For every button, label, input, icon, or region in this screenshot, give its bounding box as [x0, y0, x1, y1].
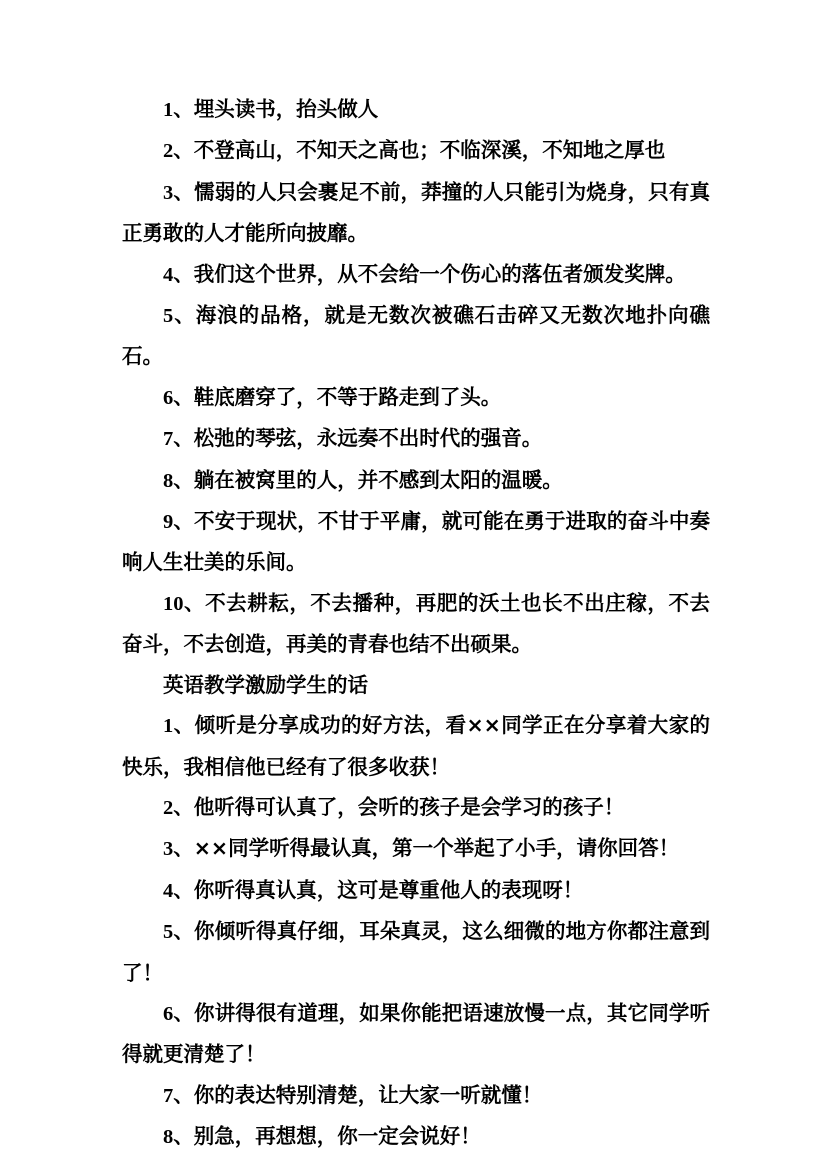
encourage-item-5: 5、你倾听得真仔细，耳朵真灵，这么细微的地方你都注意到了！ [122, 911, 710, 993]
item-text: 你的表达特别清楚，让大家一听就懂！ [194, 1083, 543, 1107]
section-heading: 英语教学激励学生的话 [122, 665, 710, 705]
quote-item-3: 3、懦弱的人只会裹足不前，莽撞的人只能引为烧身，只有真正勇敢的人才能所向披靡。 [122, 172, 710, 254]
item-text: 他听得可认真了，会听的孩子是会学习的孩子！ [194, 795, 625, 819]
item-text: 倾听是分享成功的好方法，看××同学正在分享着大家的快乐，我相信他已经有了很多收获… [122, 713, 710, 778]
encourage-item-8: 8、别急，再想想，你一定会说好！ [122, 1116, 710, 1157]
item-text: 不安于现状，不甘于平庸，就可能在勇于进取的奋斗中奏响人生壮美的乐间。 [122, 509, 710, 574]
encourage-item-3: 3、××同学听得最认真，第一个举起了小手，请你回答！ [122, 828, 710, 869]
item-text: ××同学听得最认真，第一个举起了小手，请你回答！ [194, 836, 679, 860]
item-number: 2、 [163, 140, 194, 162]
quote-item-7: 7、松弛的琴弦，永远奏不出时代的强音。 [122, 418, 710, 459]
encourage-item-6: 6、你讲得很有道理，如果你能把语速放慢一点，其它同学听得就更清楚了！ [122, 993, 710, 1075]
quote-item-10: 10、不去耕耘，不去播种，再肥的沃土也长不出庄稼，不去奋斗，不去创造，再美的青春… [122, 583, 710, 665]
quote-item-8: 8、躺在被窝里的人，并不感到太阳的温暖。 [122, 460, 710, 501]
item-number: 6、 [163, 387, 194, 409]
document-body: 1、埋头读书，抬头做人 2、不登高山，不知天之高也；不临深溪，不知地之厚也 3、… [122, 89, 710, 1158]
item-number: 5、 [163, 921, 194, 943]
item-text: 松弛的琴弦，永远奏不出时代的强音。 [194, 426, 543, 450]
item-text: 你讲得很有道理，如果你能把语速放慢一点，其它同学听得就更清楚了！ [122, 1001, 710, 1066]
item-number: 10、 [163, 593, 205, 615]
encourage-item-4: 4、你听得真认真，这可是尊重他人的表现呀！ [122, 870, 710, 911]
item-text: 你听得真认真，这可是尊重他人的表现呀！ [194, 878, 584, 902]
item-text: 别急，再想想，你一定会说好！ [194, 1124, 481, 1148]
item-number: 3、 [163, 838, 194, 860]
item-number: 4、 [163, 880, 194, 902]
item-text: 你倾听得真仔细，耳朵真灵，这么细微的地方你都注意到了！ [122, 919, 710, 984]
item-number: 8、 [163, 1126, 194, 1148]
item-text: 躺在被窝里的人，并不感到太阳的温暖。 [194, 468, 563, 492]
item-number: 2、 [163, 797, 194, 819]
item-text: 埋头读书，抬头做人 [194, 97, 379, 121]
item-number: 5、 [163, 305, 196, 327]
quote-item-5: 5、海浪的品格，就是无数次被礁石击碎又无数次地扑向礁石。 [122, 295, 710, 377]
quote-item-6: 6、鞋底磨穿了，不等于路走到了头。 [122, 377, 710, 418]
item-number: 7、 [163, 1085, 194, 1107]
encourage-item-2: 2、他听得可认真了，会听的孩子是会学习的孩子！ [122, 787, 710, 828]
item-number: 8、 [163, 470, 194, 492]
item-text: 海浪的品格，就是无数次被礁石击碎又无数次地扑向礁石。 [122, 303, 710, 368]
item-text: 我们这个世界，从不会给一个伤心的落伍者颁发奖牌。 [194, 262, 686, 286]
item-number: 1、 [163, 715, 195, 737]
encourage-item-1: 1、倾听是分享成功的好方法，看××同学正在分享着大家的快乐，我相信他已经有了很多… [122, 705, 710, 787]
item-number: 6、 [163, 1003, 194, 1025]
item-number: 3、 [163, 182, 194, 204]
item-number: 7、 [163, 428, 194, 450]
quote-item-4: 4、我们这个世界，从不会给一个伤心的落伍者颁发奖牌。 [122, 254, 710, 295]
document-page: 1、埋头读书，抬头做人 2、不登高山，不知天之高也；不临深溪，不知地之厚也 3、… [0, 0, 827, 1169]
item-text: 懦弱的人只会裹足不前，莽撞的人只能引为烧身，只有真正勇敢的人才能所向披靡。 [122, 180, 710, 245]
item-number: 4、 [163, 264, 194, 286]
quote-item-9: 9、不安于现状，不甘于平庸，就可能在勇于进取的奋斗中奏响人生壮美的乐间。 [122, 501, 710, 583]
item-text: 鞋底磨穿了，不等于路走到了头。 [194, 385, 502, 409]
encourage-item-7: 7、你的表达特别清楚，让大家一听就懂！ [122, 1075, 710, 1116]
item-number: 1、 [163, 99, 194, 121]
item-number: 9、 [163, 511, 194, 533]
item-text: 不去耕耘，不去播种，再肥的沃土也长不出庄稼，不去奋斗，不去创造，再美的青春也结不… [122, 591, 710, 656]
quote-item-2: 2、不登高山，不知天之高也；不临深溪，不知地之厚也 [122, 130, 710, 171]
quote-item-1: 1、埋头读书，抬头做人 [122, 89, 710, 130]
item-text: 不登高山，不知天之高也；不临深溪，不知地之厚也 [194, 138, 666, 162]
